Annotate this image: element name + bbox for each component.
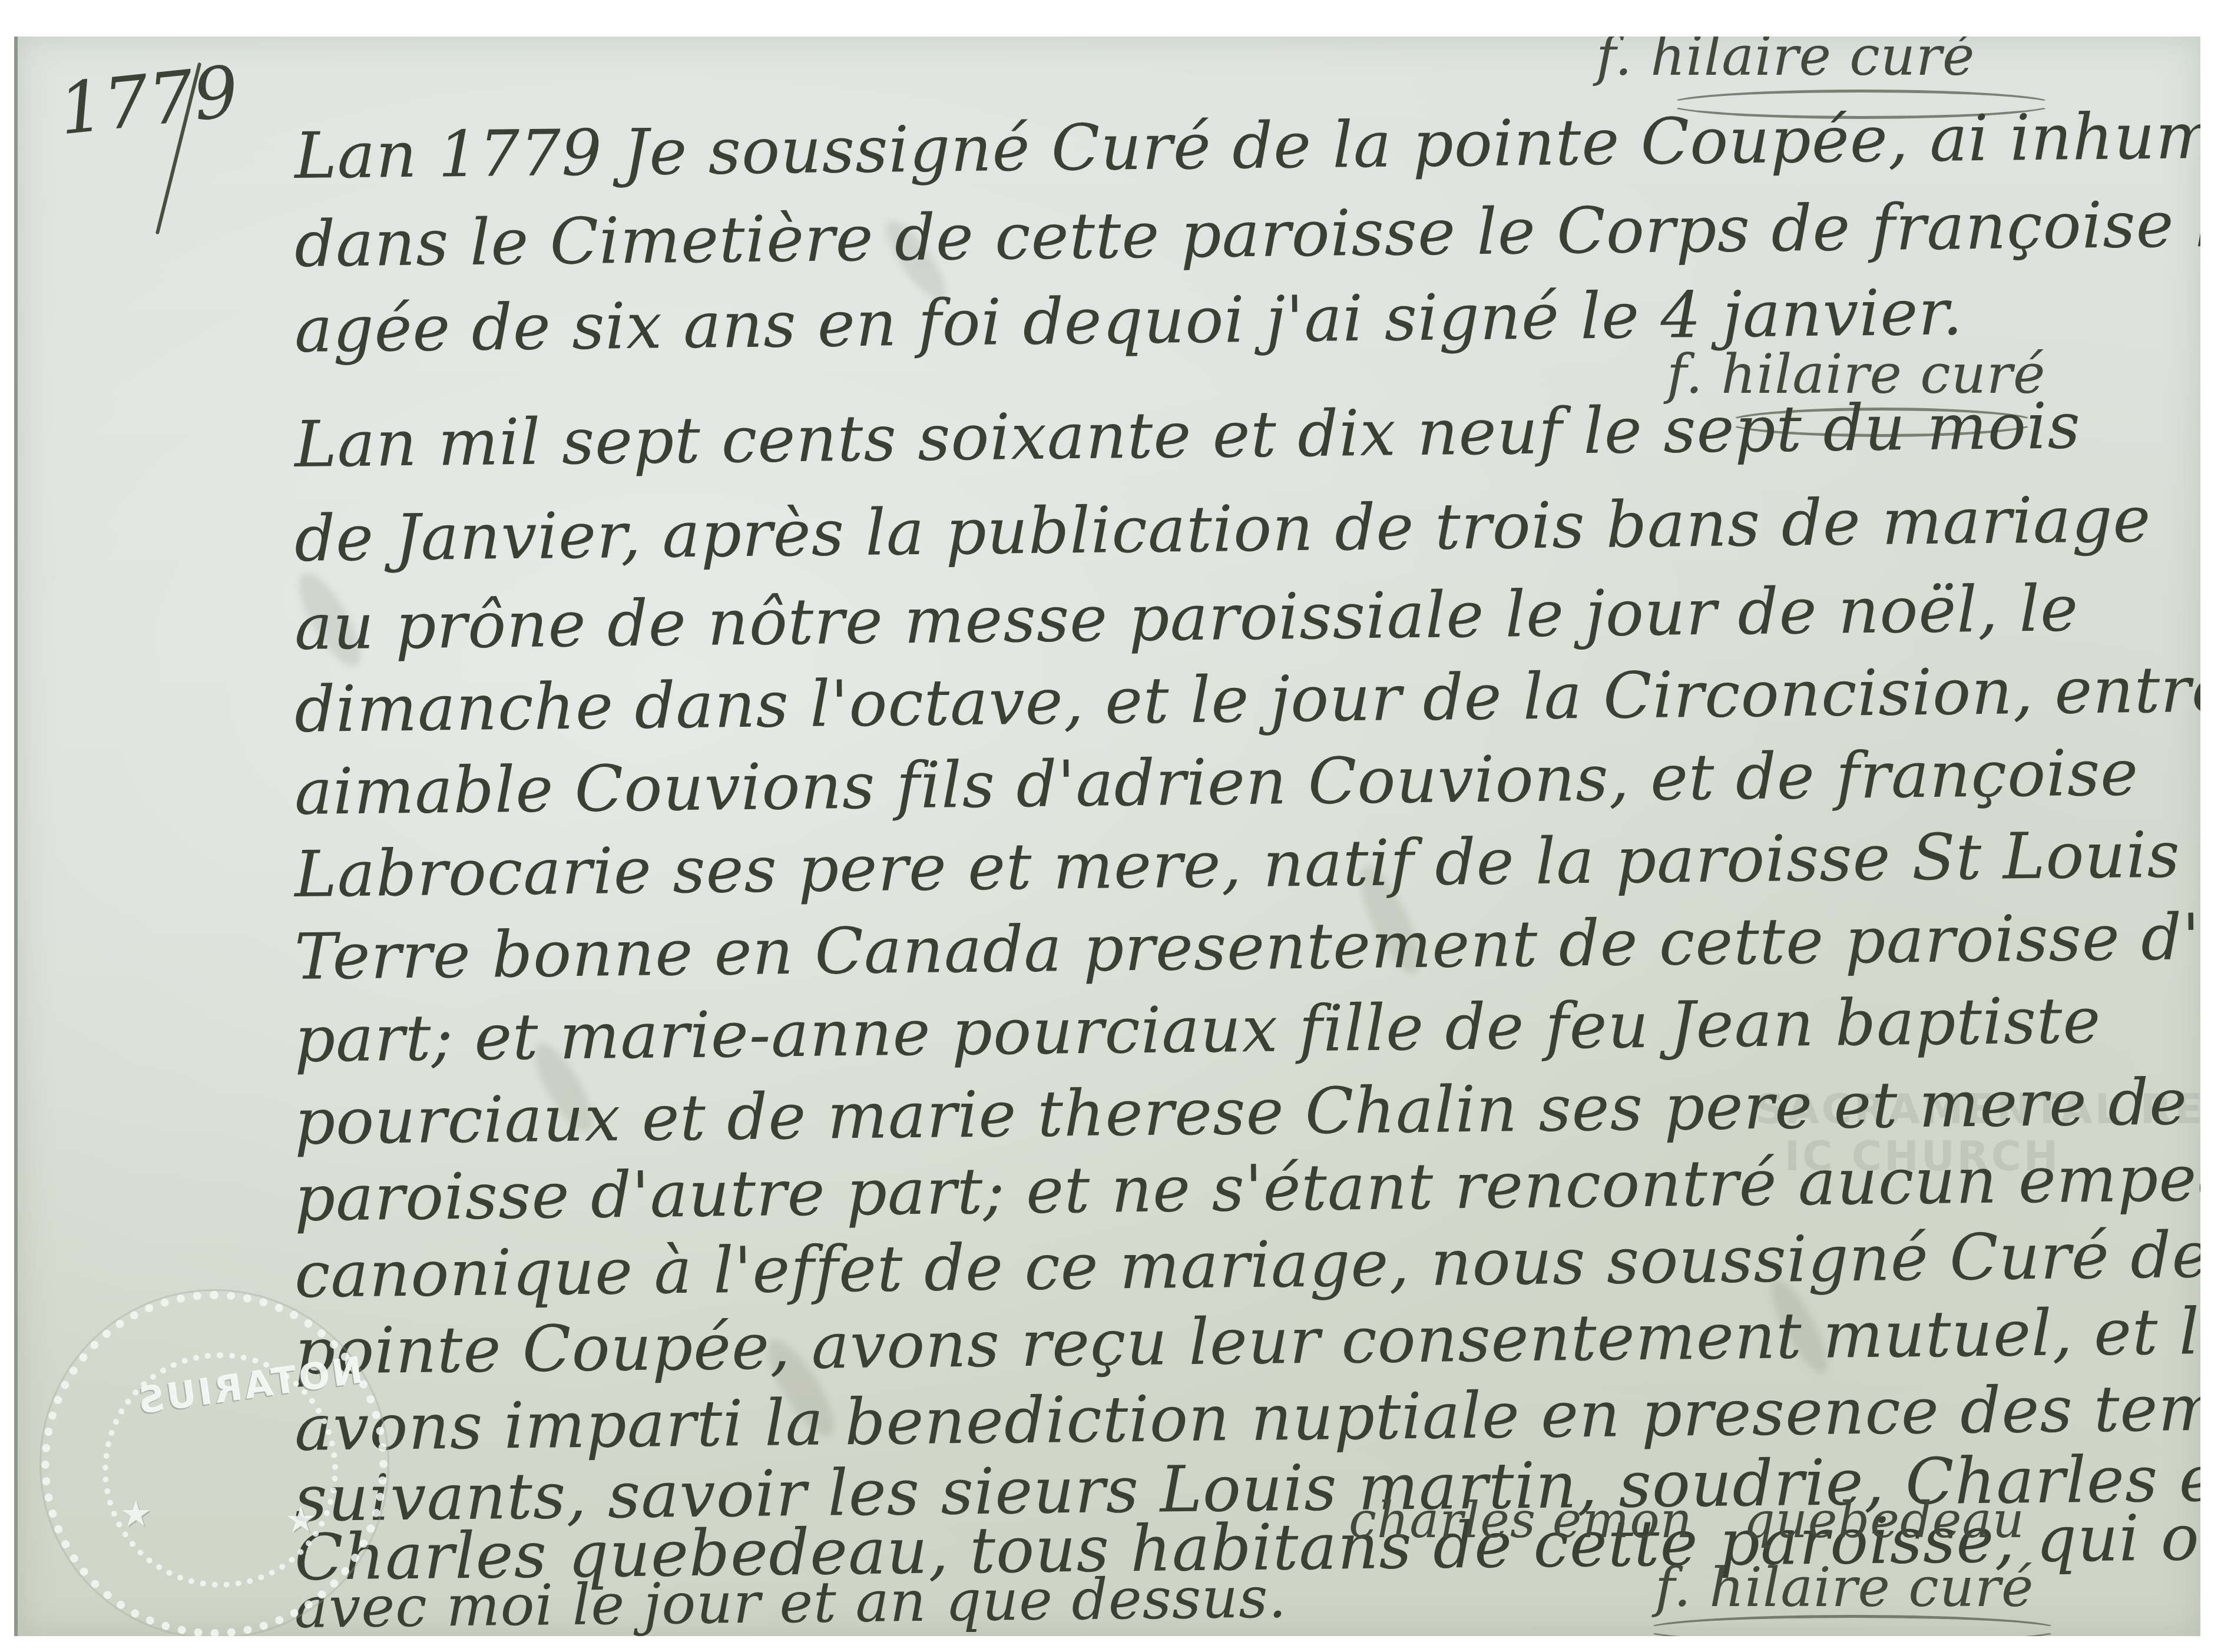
star-icon: ★ [285, 1499, 317, 1541]
entry-line: canonique à l'effet de ce mariage, nous … [294, 1223, 2200, 1307]
star-icon: ★ [120, 1494, 152, 1535]
entry-line: au prône de nôtre messe paroissiale le j… [294, 577, 2078, 660]
entry-line: Terre bonne en Canada presentement de ce… [294, 905, 2200, 989]
witness-signature: charles emon [1349, 1491, 1693, 1549]
entry-line: dans le Cimetière de cette paroisse le C… [294, 191, 2200, 277]
entry-line: pointe Coupée, avons reçu leur consentem… [294, 1299, 2200, 1384]
top-signature: f. hilaire curé [1596, 37, 1975, 88]
entry-line: de Janvier, après la publication de troi… [294, 488, 2152, 571]
entry-line: Labrocarie ses pere et mere, natif de la… [294, 823, 2200, 907]
entry-line: Lan mil sept cents soixante et dix neuf … [294, 395, 2081, 477]
entry-line: paroisse d'autre part; et ne s'étant ren… [294, 1144, 2200, 1231]
entry-line: dimanche dans l'octave, et le jour de la… [294, 658, 2200, 742]
witness-signature: quebedeau [1743, 1491, 2025, 1549]
entry-line: aimable Couvions fils d'adrien Couvions,… [294, 741, 2139, 825]
entry-line: pourciaux et de marie therese Chalin ses… [294, 1069, 2200, 1154]
margin-year: 1779 [55, 51, 243, 151]
manuscript-page: SACRAMENTAL RE IC CHURCH 1779 f. hilaire… [14, 37, 2200, 1636]
notary-seal: NOTARIUS ★ ★ [41, 1291, 388, 1636]
entry-line: part; et marie-anne pourciaux fille de f… [294, 989, 2101, 1072]
entry-line: avec moi le jour et an que dessus. [294, 1569, 1287, 1636]
entry-line: Lan 1779 Je soussigné Curé de la pointe … [294, 104, 2200, 188]
curate-signature: f. hilaire curé [1655, 1556, 2034, 1619]
